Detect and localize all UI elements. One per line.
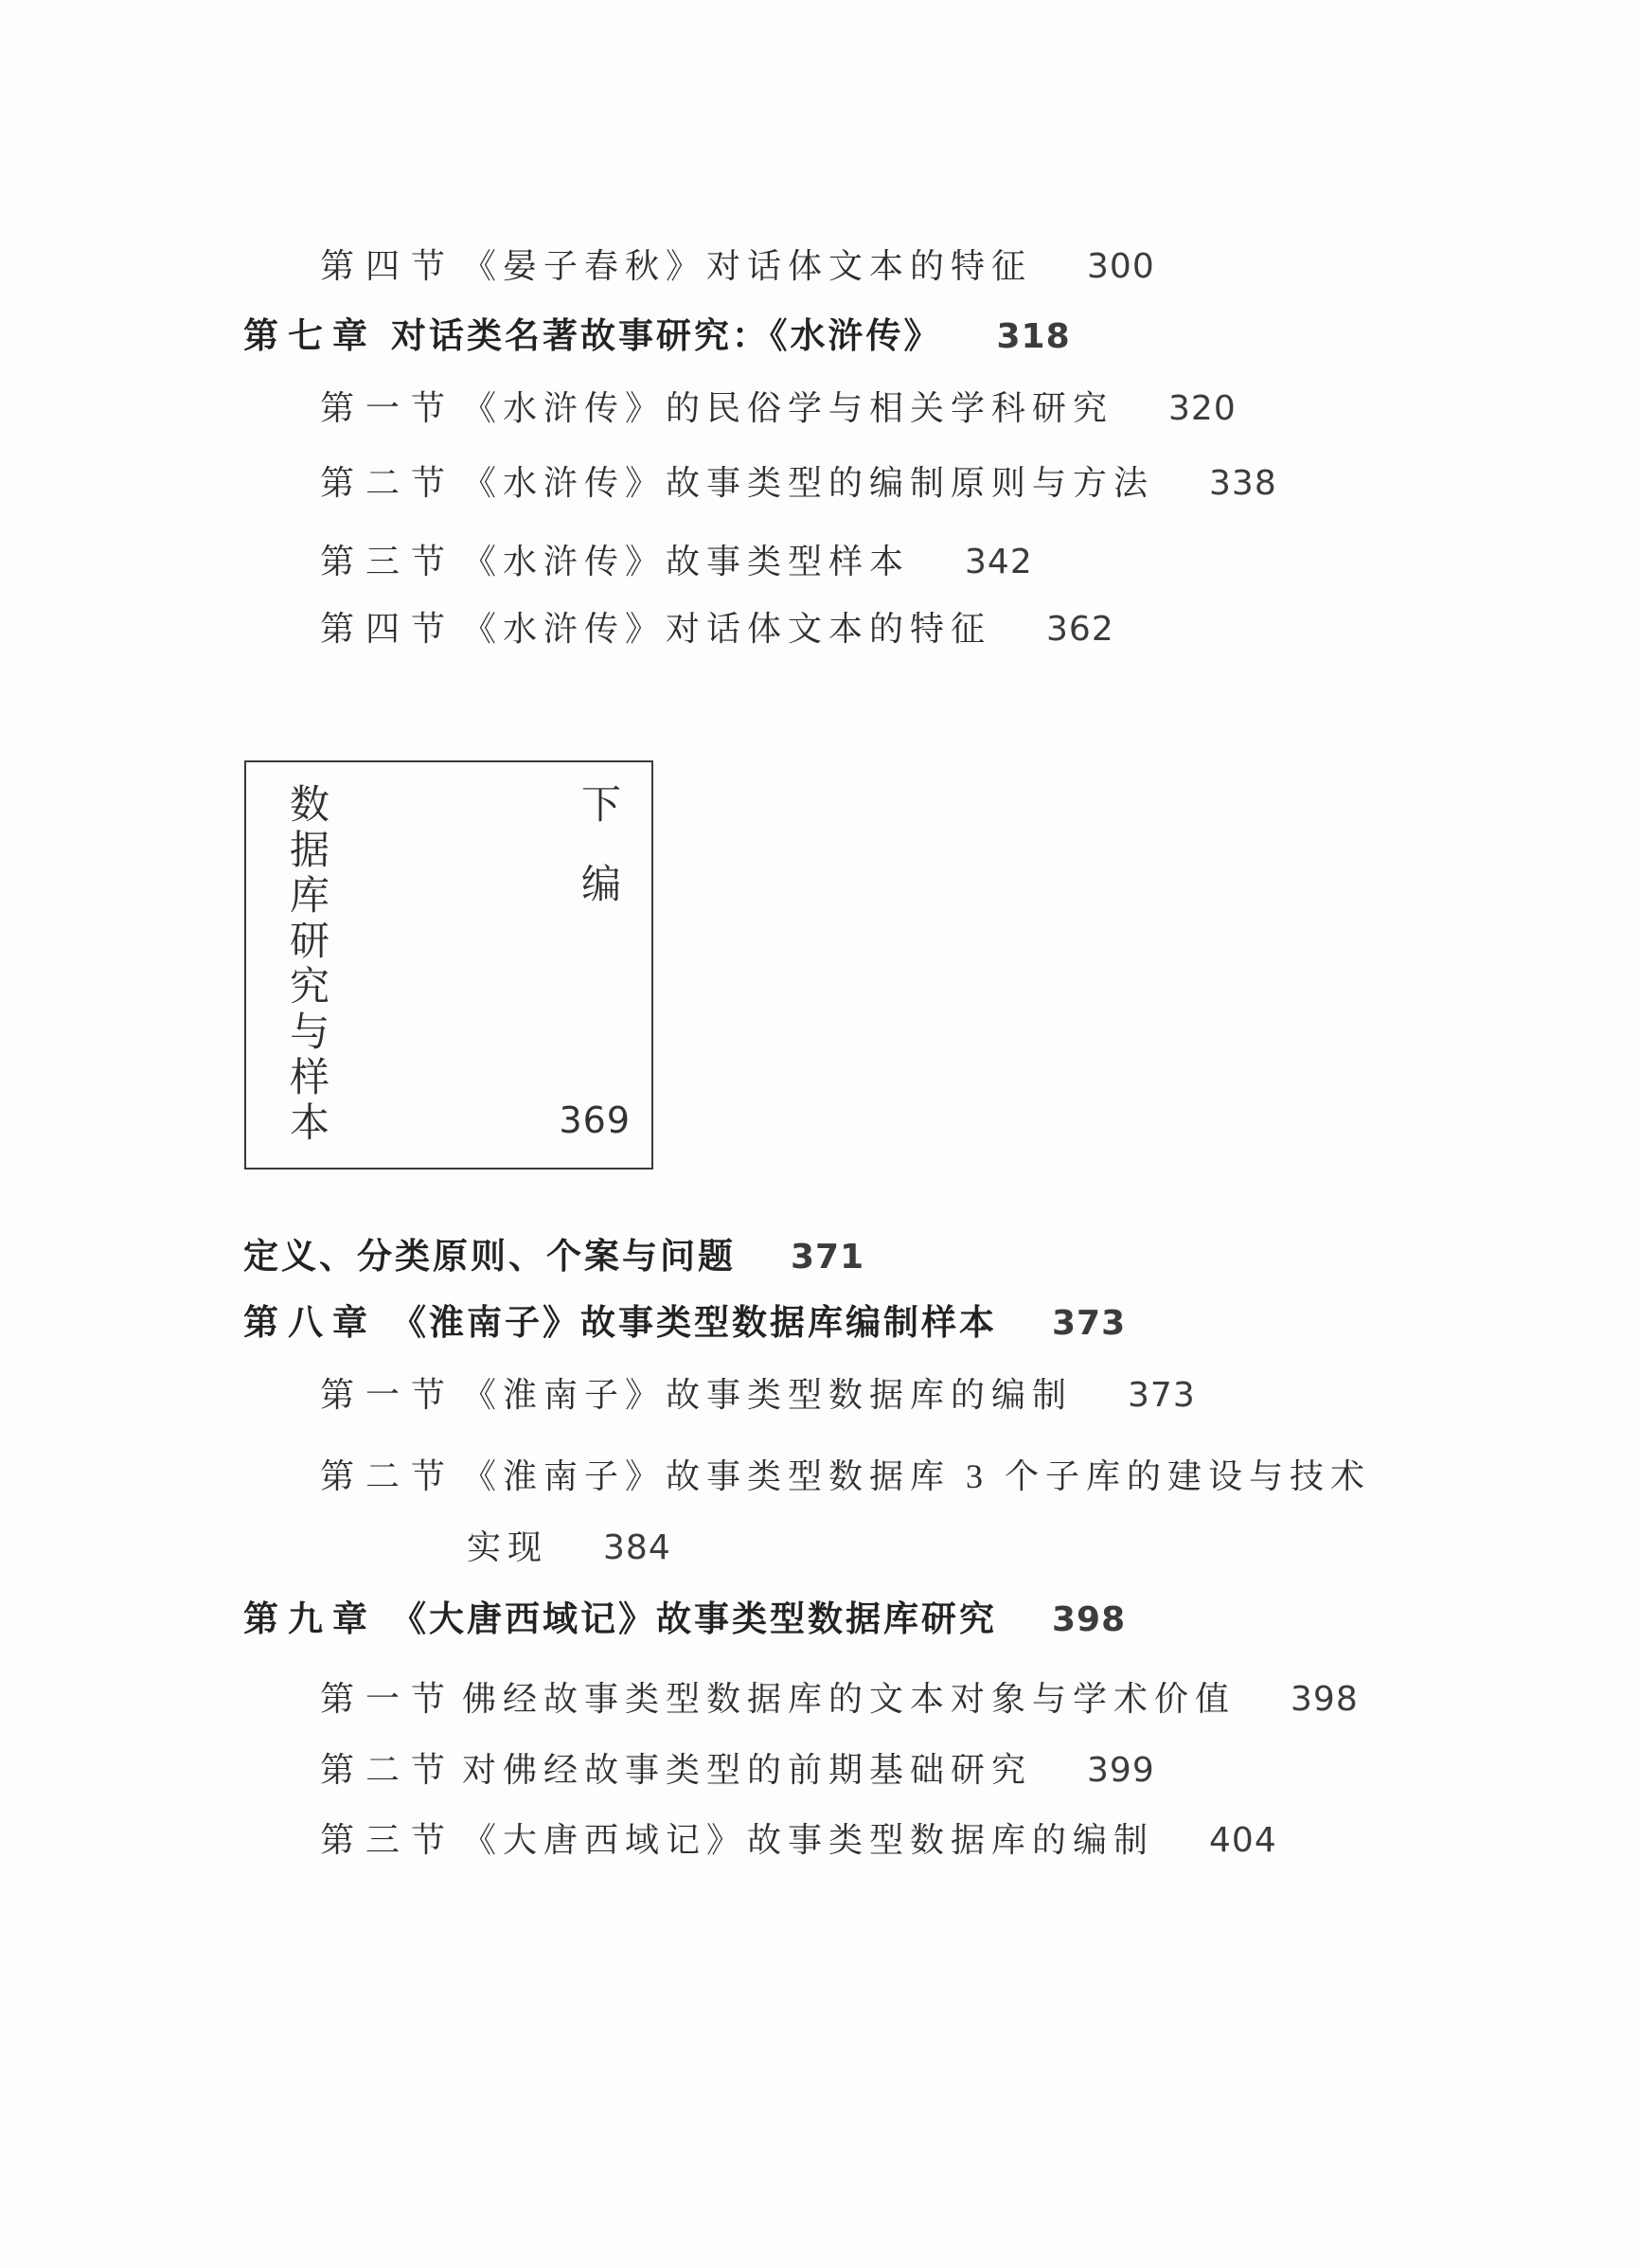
toc-page-number: 398 [1291,1680,1359,1719]
toc-entry: 第八章《淮南子》故事类型数据库编制样本373 [243,1301,1126,1345]
toc-page-number: 338 [1209,464,1277,503]
toc-entry-label: 第二节 [320,1455,462,1498]
toc-page-number: 371 [791,1238,864,1277]
toc-entry-title: 对佛经故事类型的前期基础研究 [462,1751,1032,1789]
toc-page-number: 373 [1128,1376,1196,1415]
toc-entry: 第一节佛经故事类型数据库的文本对象与学术价值398 [320,1678,1359,1721]
toc-page-number: 362 [1046,610,1114,649]
toc-entry-title: 《淮南子》故事类型数据库 3 个子库的建设与技术 [462,1457,1371,1495]
toc-entry-title: 《大唐西域记》故事类型数据库研究 [391,1599,997,1638]
toc-page-number: 300 [1087,247,1155,286]
toc-entry-title: 实现 [467,1528,548,1566]
toc-entry-title: 《水浒传》的民俗学与相关学科研究 [462,389,1113,427]
toc-page-number: 342 [965,543,1033,581]
toc-entry: 第四节《水浒传》对话体文本的特征362 [320,608,1114,651]
toc-entry-title: 对话类名著故事研究：《水浒传》 [391,316,942,355]
toc-page-number: 384 [603,1528,671,1567]
toc-entry: 第九章《大唐西域记》故事类型数据库研究398 [243,1598,1126,1641]
toc-entry-label: 第二节 [320,462,462,505]
toc-page-number: 373 [1052,1304,1126,1343]
toc-page-number: 399 [1087,1751,1155,1790]
toc-entry-title: 《晏子春秋》对话体文本的特征 [462,247,1032,285]
toc-entry-label: 第九章 [243,1598,391,1640]
part-label-vertical: 下编 [569,783,626,942]
part-divider-box: 数据库研究与样本 下编 369 [244,760,653,1170]
toc-entry: 第一节《淮南子》故事类型数据库的编制373 [320,1374,1196,1417]
toc-entry-label: 第四节 [320,245,462,288]
toc-entry-label: 第七章 [243,314,391,357]
toc-page-number: 320 [1168,389,1237,428]
toc-entry-label: 第三节 [320,1819,462,1862]
toc-entry: 第三节《水浒传》故事类型样本342 [320,541,1033,583]
toc-entry-label: 第四节 [320,608,462,651]
toc-entry: 第七章对话类名著故事研究：《水浒传》318 [243,314,1071,358]
toc-entry-title: 《淮南子》故事类型数据库编制样本 [391,1303,997,1342]
toc-entry: 第四节《晏子春秋》对话体文本的特征300 [320,245,1155,288]
part-side-title-vertical: 数据库研究与样本 [277,783,334,1147]
toc-entry-label: 第一节 [320,1374,462,1417]
toc-entry-label: 第一节 [320,387,462,430]
toc-entry: 定义、分类原则、个案与问题371 [243,1235,864,1278]
toc-entry-label: 第一节 [320,1678,462,1721]
toc-entry: 第二节《淮南子》故事类型数据库 3 个子库的建设与技术 [320,1455,1371,1498]
toc-entry-title: 佛经故事类型数据库的文本对象与学术价值 [462,1680,1236,1718]
part-page-number: 369 [559,1099,631,1141]
toc-entry-title: 《水浒传》对话体文本的特征 [462,610,991,648]
toc-page-number: 398 [1052,1600,1126,1639]
toc-entry: 第二节对佛经故事类型的前期基础研究399 [320,1749,1155,1792]
toc-entry-title: 《大唐西域记》故事类型数据库的编制 [462,1821,1154,1859]
toc-entry-title: 《水浒传》故事类型的编制原则与方法 [462,464,1154,502]
toc-entry-label: 第八章 [243,1301,391,1344]
toc-entry: 实现384 [467,1527,671,1569]
toc-entry: 第二节《水浒传》故事类型的编制原则与方法338 [320,462,1277,505]
toc-entry-title: 《水浒传》故事类型样本 [462,543,910,580]
toc-entry: 第一节《水浒传》的民俗学与相关学科研究320 [320,387,1237,430]
toc-page-number: 318 [997,317,1071,356]
toc-entry: 第三节《大唐西域记》故事类型数据库的编制404 [320,1819,1277,1862]
toc-entry-title: 定义、分类原则、个案与问题 [243,1237,736,1276]
toc-entry-title: 《淮南子》故事类型数据库的编制 [462,1376,1073,1414]
toc-page: 第四节《晏子春秋》对话体文本的特征300 第七章对话类名著故事研究：《水浒传》3… [0,0,1638,2268]
toc-entry-label: 第三节 [320,541,462,583]
toc-entry-label: 第二节 [320,1749,462,1792]
toc-page-number: 404 [1209,1821,1277,1860]
